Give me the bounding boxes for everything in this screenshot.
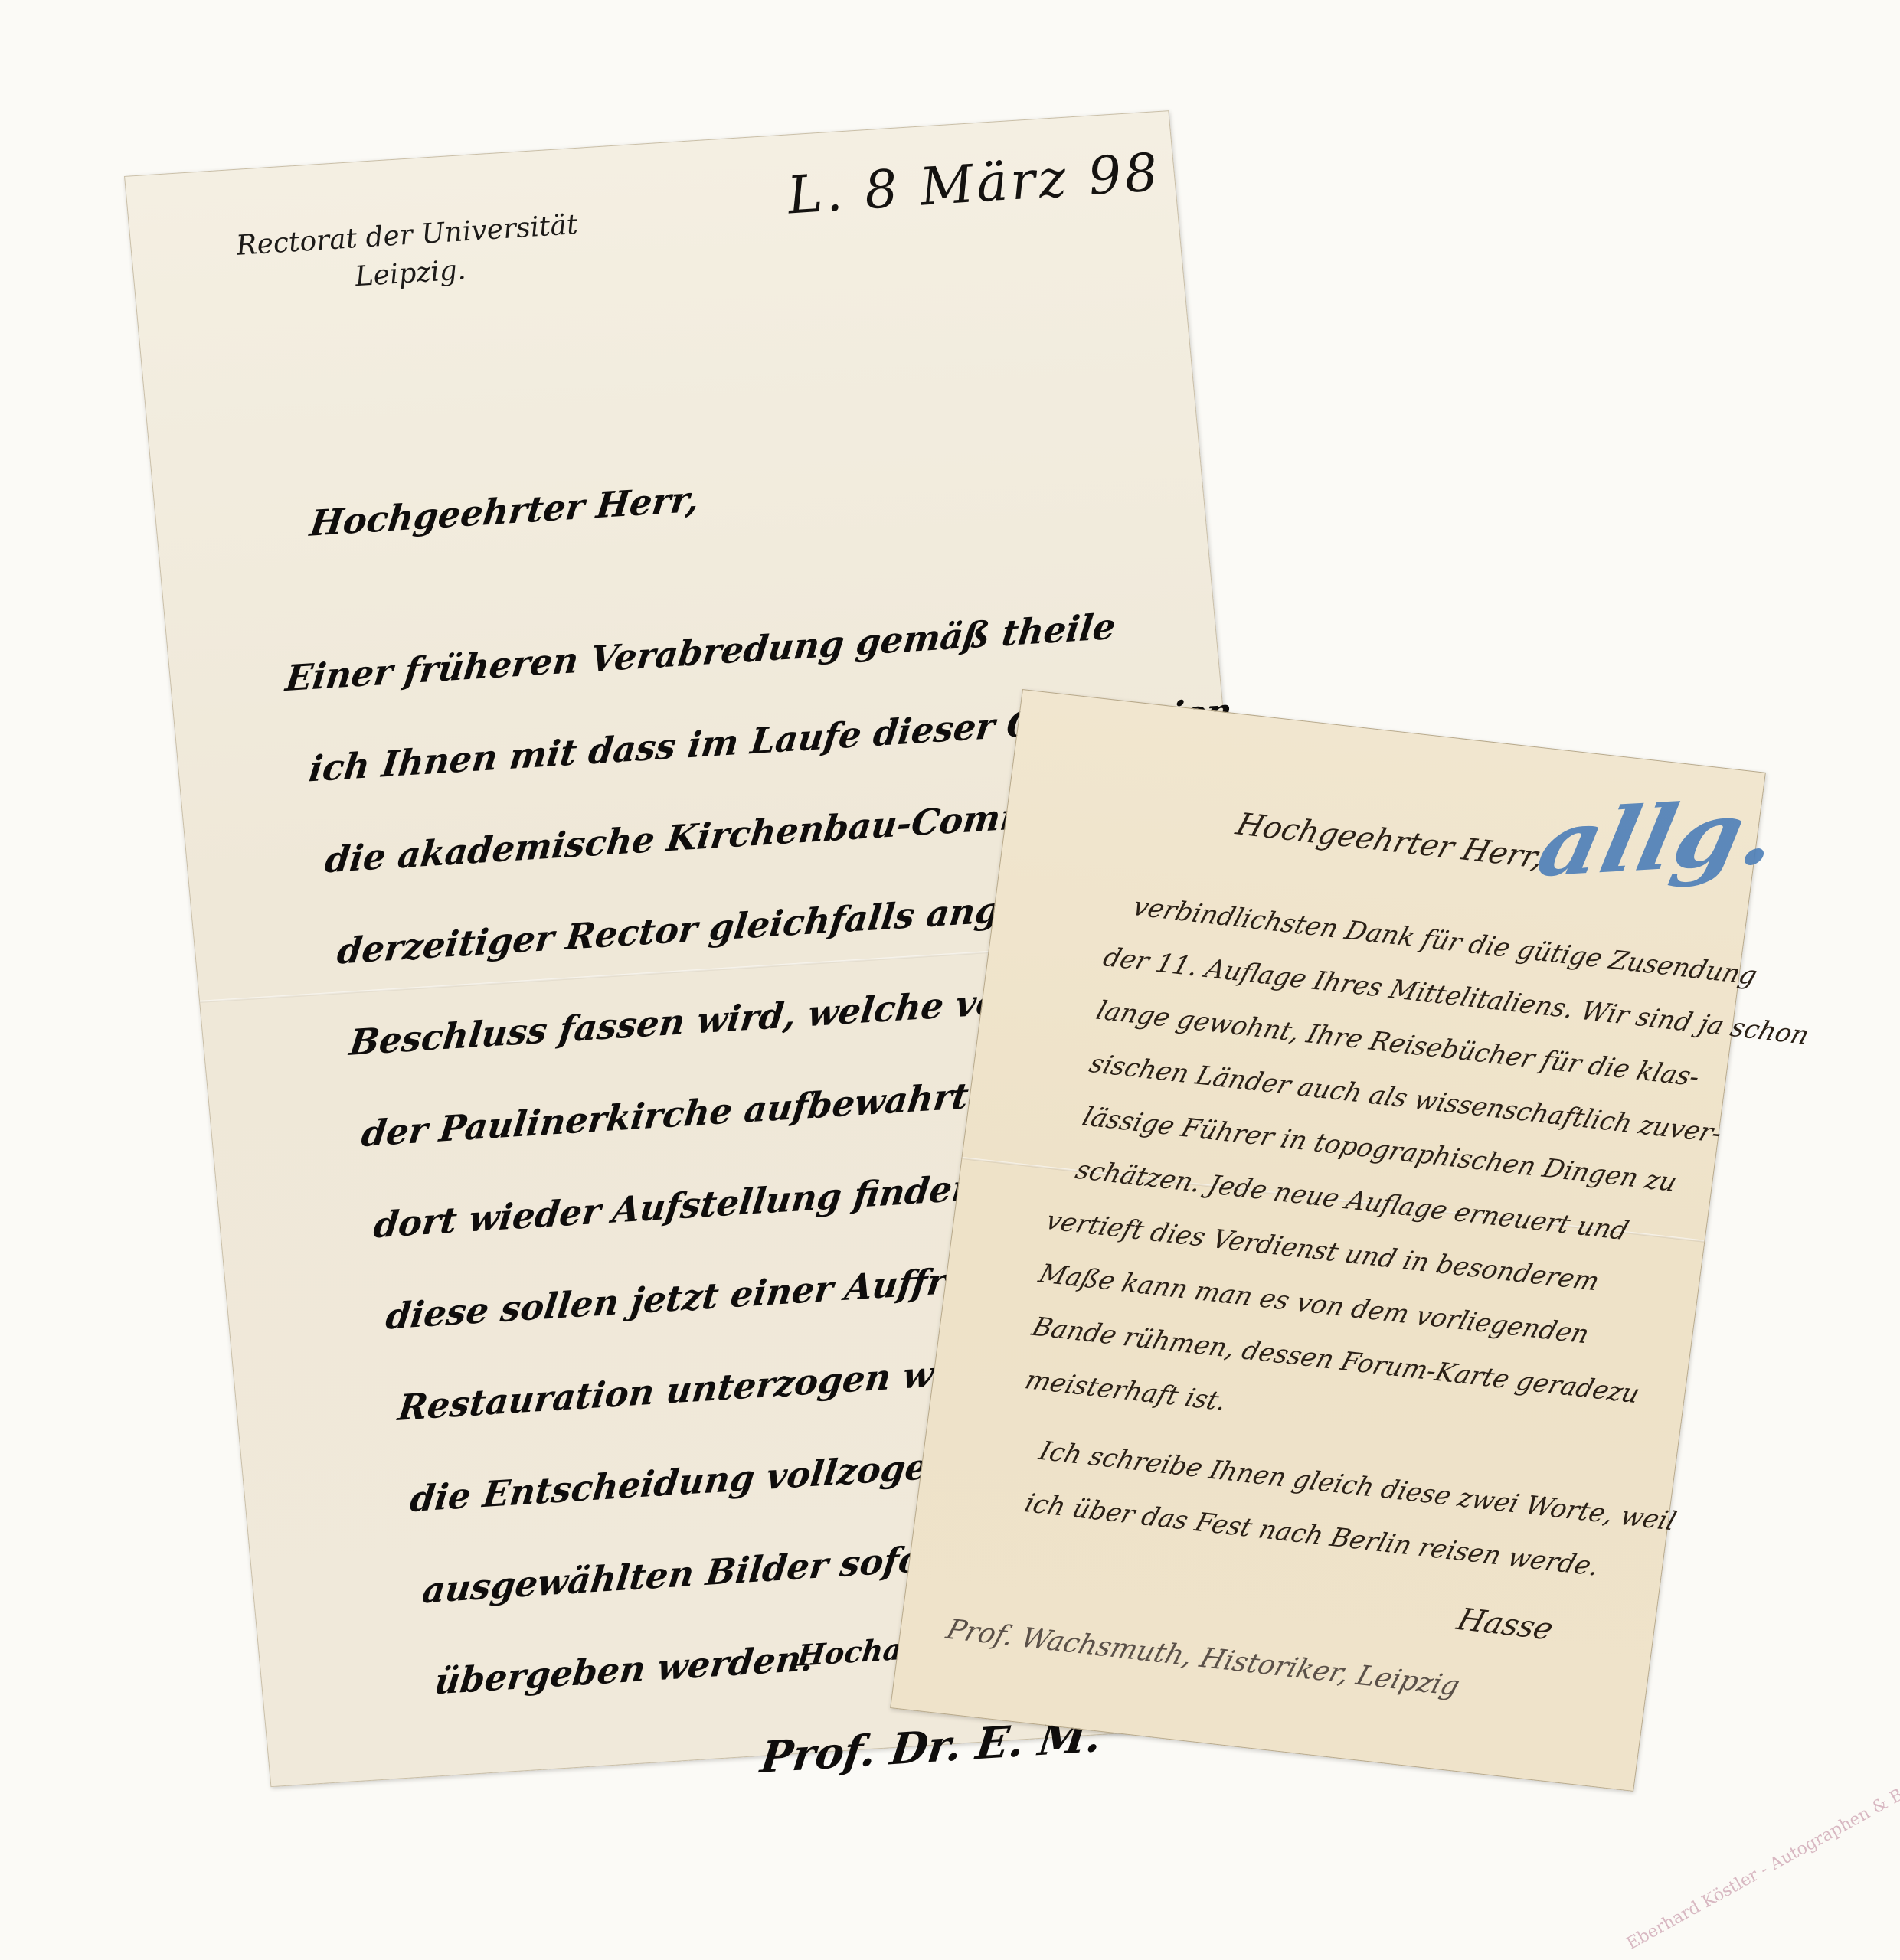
pencil-recipient-note: Prof. Wachsmuth, Historiker, Leipzig <box>943 1614 1463 1702</box>
blue-pencil-annotation: allg. <box>1529 779 1787 897</box>
body-line: Einer früheren Verabredung gemäß theile <box>283 606 1118 700</box>
letterhead: Rectorat der Universität Leipzig. <box>191 203 626 306</box>
dealer-watermark: Eberhard Köstler - Autographen & Bücher <box>1624 1762 1900 1954</box>
signature: Hasse <box>1453 1602 1558 1647</box>
salutation: Hochgeehrter Herr, <box>308 478 701 544</box>
salutation: Hochgeehrter Herr, <box>1232 807 1548 875</box>
body-line: übergeben werden. <box>433 1637 816 1703</box>
letter-date: L. 8 März 98 <box>785 142 1163 226</box>
body-line: meisterhaft ist. <box>1022 1365 1231 1417</box>
letter-card-hasse: allg. Hochgeehrter Herr, verbindlichsten… <box>890 689 1766 1792</box>
